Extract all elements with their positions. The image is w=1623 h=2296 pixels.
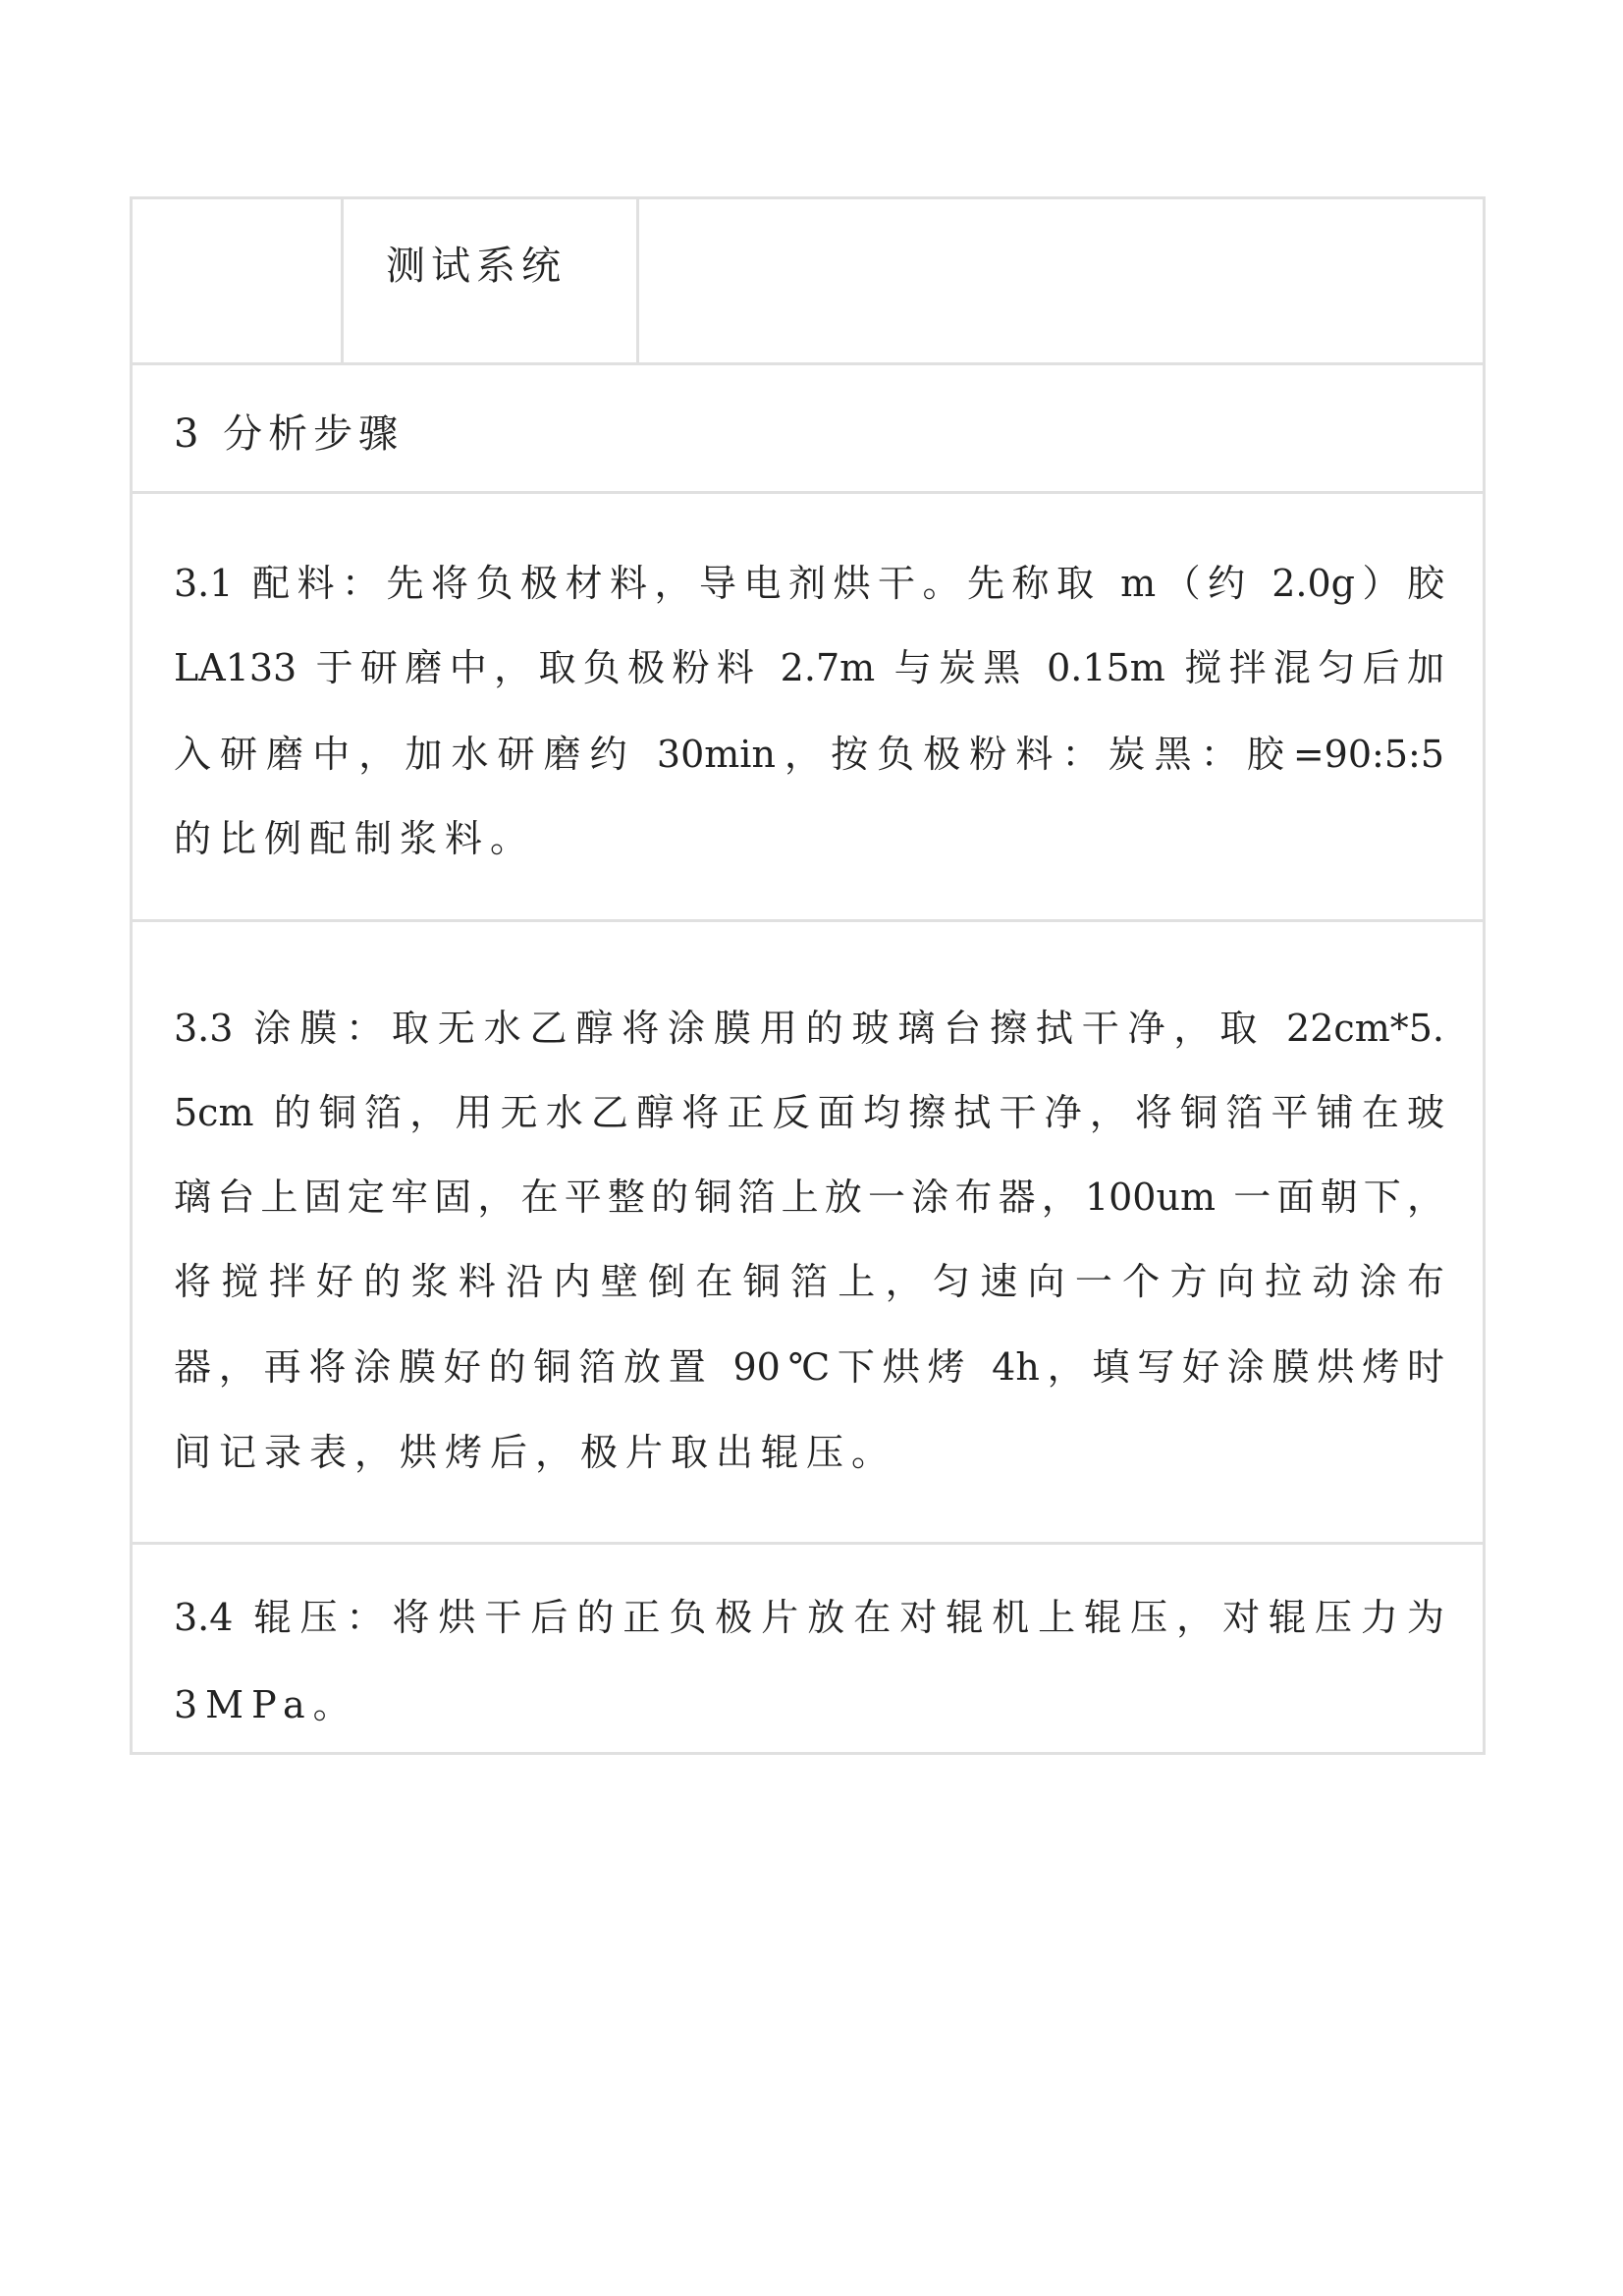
column-divider <box>636 199 639 362</box>
test-system-label: 测试系统 <box>386 235 567 291</box>
paragraph-line: 3.1 配料：先将负极材料，导电剂烘干。先称取 m（约 2.0g）胶 <box>174 559 1444 608</box>
table-row-test-system: 测试系统 <box>133 199 1483 362</box>
paragraph-line: 间记录表，烘烤后，极片取出辊压。 <box>174 1428 1444 1477</box>
paragraph-line: 5cm 的铜箔，用无水乙醇将正反面均擦拭干净，将铜箔平铺在玻 <box>174 1088 1444 1137</box>
table-row-3-4-rolling: 3.4 辊压：将烘干后的正负极片放在对辊机上辊压，对辊压力为 3MPa。 <box>133 1542 1483 1752</box>
paragraph-line: 入研磨中，加水研磨约 30min，按负极粉料：炭黑：胶=90:5:5 <box>174 730 1444 779</box>
paragraph-line: LA133 于研磨中，取负极粉料 2.7m 与炭黑 0.15m 搅拌混匀后加 <box>174 643 1444 692</box>
paragraph-line: 3.3 涂膜：取无水乙醇将涂膜用的玻璃台擦拭干净，取 22cm*5. <box>174 1004 1444 1053</box>
paragraph-line: 将搅拌好的浆料沿内壁倒在铜箔上，匀速向一个方向拉动涂布 <box>174 1257 1444 1306</box>
procedure-table: 测试系统 3 分析步骤 3.1 配料：先将负极材料，导电剂烘干。先称取 m（约 … <box>130 196 1486 1755</box>
paragraph-line: 3.4 辊压：将烘干后的正负极片放在对辊机上辊压，对辊压力为 <box>174 1593 1444 1642</box>
paragraph-line: 璃台上固定牢固，在平整的铜箔上放一涂布器，100um 一面朝下， <box>174 1173 1444 1222</box>
section-heading: 3 分析步骤 <box>174 403 404 459</box>
paragraph-line: 的比例配制浆料。 <box>174 814 1444 863</box>
paragraph-line: 器，再将涂膜好的铜箔放置 90℃下烘烤 4h，填写好涂膜烘烤时 <box>174 1342 1444 1392</box>
table-row-3-3-coating: 3.3 涂膜：取无水乙醇将涂膜用的玻璃台擦拭干净，取 22cm*5. 5cm 的… <box>133 919 1483 1542</box>
paragraph-line: 3MPa。 <box>174 1680 1444 1729</box>
table-row-section-heading: 3 分析步骤 <box>133 362 1483 491</box>
table-row-3-1-batching: 3.1 配料：先将负极材料，导电剂烘干。先称取 m（约 2.0g）胶 LA133… <box>133 491 1483 919</box>
column-divider <box>341 199 344 362</box>
